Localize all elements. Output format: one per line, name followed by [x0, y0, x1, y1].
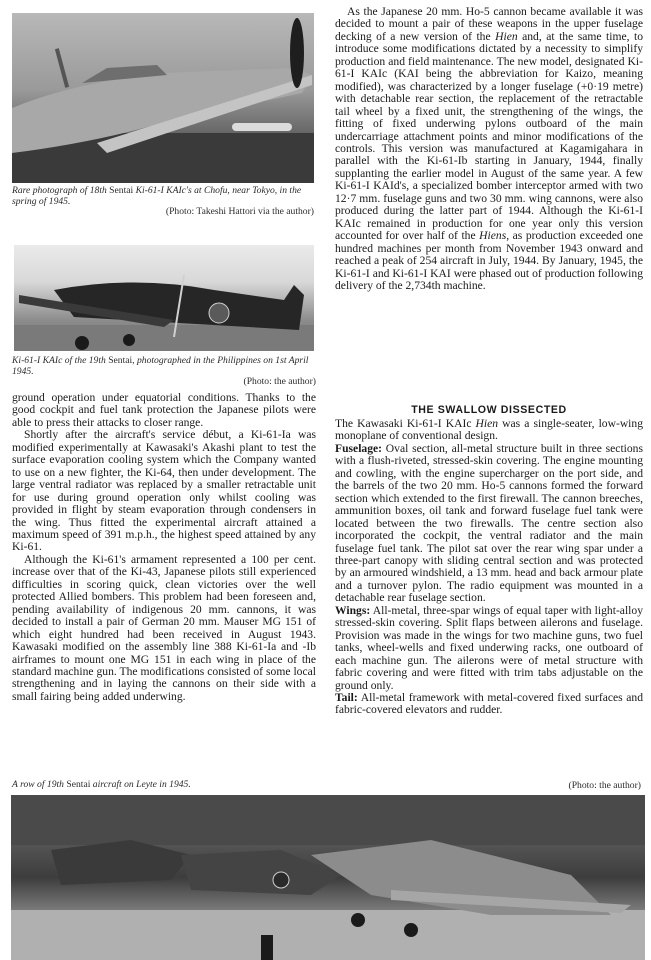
- paragraph-fuselage: Fuselage: Oval section, all-metal struct…: [335, 443, 643, 605]
- caption-text-italic: A row of 19th: [12, 779, 64, 790]
- text-run: Oval section, all-metal structure built …: [335, 442, 643, 604]
- caption-photo2: Ki-61-I KAIc of the 19th Sentai, photogr…: [12, 356, 316, 388]
- photo-credit: (Photo: the author): [569, 780, 641, 791]
- caption-text-italic: Rare photograph of 18th: [12, 185, 107, 196]
- caption-text-roman: Sentai: [107, 185, 136, 196]
- text-run: and, at the same time, to introduce some…: [335, 30, 643, 242]
- paragraph: The Kawasaki Ki-61-I KAIc Hien was a sin…: [335, 418, 643, 443]
- caption-photo3: A row of 19th Sentai aircraft on Leyte i…: [12, 780, 312, 791]
- aircraft-photo-illustration: [14, 245, 314, 351]
- photo-leyte-row: [11, 795, 645, 960]
- aircraft-photo-illustration: [11, 795, 645, 960]
- paragraph-tail: Tail: All-metal framework with metal-cov…: [335, 692, 643, 717]
- spec-label: Fuselage:: [335, 442, 382, 455]
- left-column-body: ground operation under equatorial condit…: [12, 392, 316, 703]
- photo-ki61-philippines: [14, 245, 314, 351]
- paragraph: ground operation under equatorial condit…: [12, 392, 316, 429]
- caption-text-italic: aircraft on Leyte in 1945.: [93, 779, 191, 790]
- photo-ki61-chofu: [12, 13, 314, 183]
- spec-label: Wings:: [335, 604, 370, 617]
- photo-credit: (Photo: Takeshi Hattori via the author): [12, 207, 314, 218]
- paragraph: Although the Ki-61's armament represente…: [12, 554, 316, 703]
- text-run: All-metal framework with metal-covered f…: [335, 691, 643, 716]
- spec-label: Tail:: [335, 691, 358, 704]
- caption-text-roman: Sentai: [64, 779, 93, 790]
- section-heading: THE SWALLOW DISSECTED: [335, 404, 643, 416]
- text-run-italic: Hien: [476, 417, 499, 430]
- text-run: The Kawasaki Ki-61-I KAIc: [335, 417, 476, 430]
- paragraph: Shortly after the aircraft's service déb…: [12, 429, 316, 554]
- paragraph-wings: Wings: All-metal, three-spar wings of eq…: [335, 605, 643, 692]
- text-run-italic: Hiens: [479, 229, 506, 242]
- photo-credit: (Photo: the author): [12, 377, 316, 388]
- caption-photo1: Rare photograph of 18th Sentai Ki-61-I K…: [12, 186, 314, 218]
- caption-text-italic: Ki-61-I KAIc of the 19th: [12, 355, 106, 366]
- text-run-italic: Hien: [495, 30, 518, 43]
- text-run: All-metal, three-spar wings of equal tap…: [335, 604, 643, 692]
- right-column-body: As the Japanese 20 mm. Ho-5 cannon becam…: [335, 6, 643, 292]
- section-swallow-dissected: THE SWALLOW DISSECTED The Kawasaki Ki-61…: [335, 404, 643, 717]
- aircraft-photo-illustration: [12, 13, 314, 183]
- paragraph: As the Japanese 20 mm. Ho-5 cannon becam…: [335, 6, 643, 292]
- caption-text-roman: Sentai,: [106, 355, 137, 366]
